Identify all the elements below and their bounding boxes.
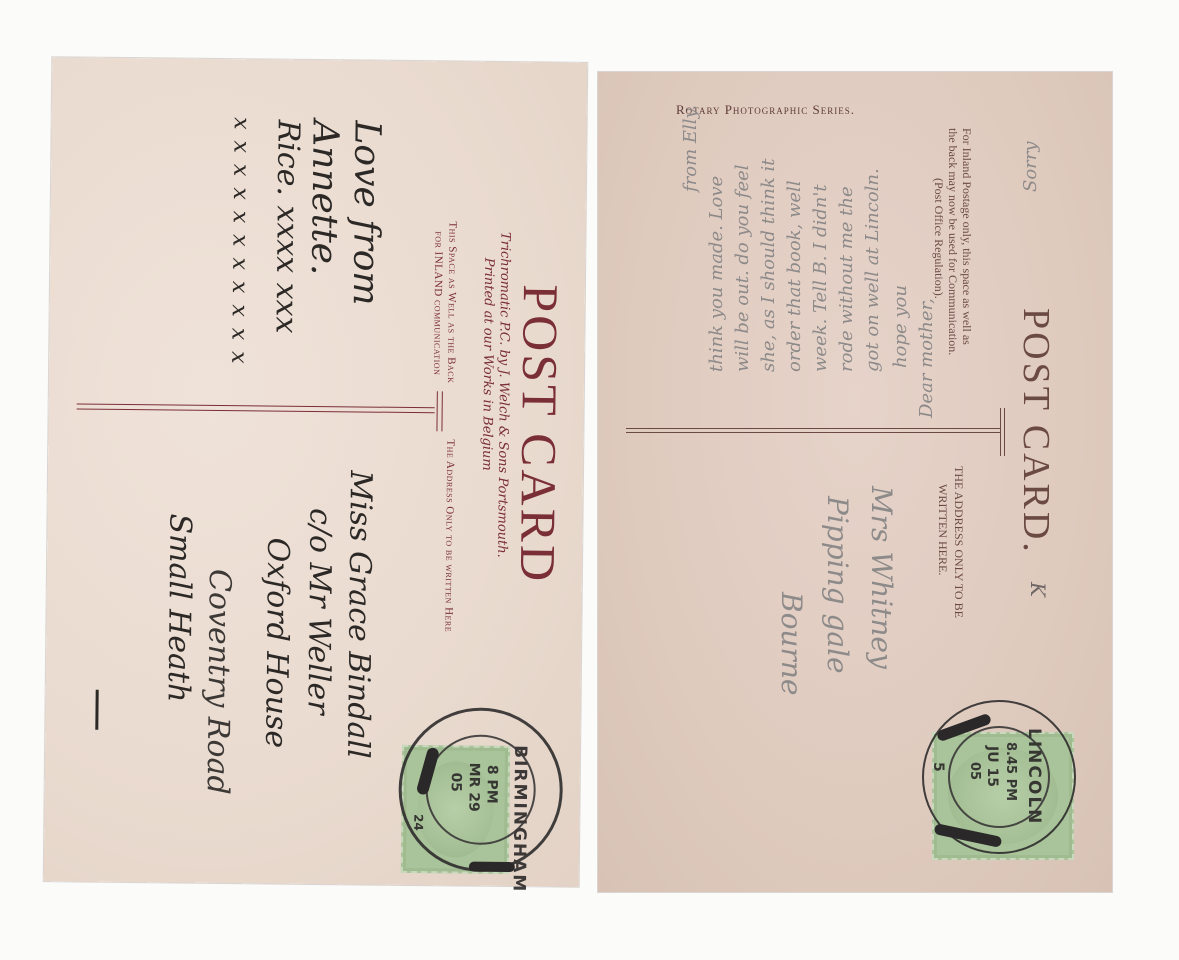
divider-tick	[441, 391, 442, 431]
postmark-year: 05	[448, 772, 464, 792]
address-line: Pipping gale	[821, 496, 854, 674]
message-line: week. Tell B. I didn't	[810, 184, 831, 372]
address-line: Mrs Whitney	[865, 486, 898, 669]
notice-line-3: (Post Office Regulation).	[931, 178, 946, 299]
margin-note: Sorry	[1020, 141, 1041, 192]
message-line: got on well at Lincoln.	[862, 168, 883, 372]
divider-line	[626, 428, 1000, 429]
message-line: she, as I should think it	[758, 158, 779, 372]
message-line: hope you	[890, 285, 911, 368]
notice-line-2: the back may now be used for Communicati…	[945, 128, 960, 355]
message-space-line-2: for INLAND communication	[431, 231, 445, 375]
message-line: rode without me the	[836, 186, 857, 372]
address-notice-line-1: THE ADDRESS ONLY TO BE	[951, 466, 966, 618]
address-line: Oxford House	[258, 537, 295, 748]
address-line: Small Heath	[161, 513, 198, 702]
message-line: think you made. Love	[706, 176, 727, 372]
postmark-time: 8.45 PM	[1003, 742, 1018, 801]
message-space-line-1: This Space as Well as the Back	[445, 221, 459, 383]
address-line: Bourne	[775, 592, 808, 695]
message-line: from Elly.	[680, 105, 701, 192]
message-line: Annette.	[303, 120, 346, 276]
post-card-title: POST CARD	[509, 284, 570, 584]
message-line: x x x x x x x x x x x	[226, 117, 254, 366]
publisher-line-2: Printed at our Works in Belgium	[479, 258, 496, 471]
notice-line-1: For Inland Postage only, this space as w…	[959, 128, 974, 345]
postmark-time: 8 PM	[484, 765, 500, 804]
divider-tick	[1000, 408, 1001, 456]
post-card-title: POST CARD.	[1014, 308, 1058, 555]
message-line: will be out. do you feel	[732, 164, 753, 372]
cancel-bar	[469, 862, 515, 872]
divider-tick	[1004, 408, 1005, 456]
series-heading: Rotary Photographic Series.	[676, 102, 855, 118]
address-line: Miss Grace Bindall	[340, 470, 378, 759]
postmark-date: MR 29	[465, 763, 482, 812]
postmark-date: JU 15	[984, 746, 1000, 787]
postmark-code: 24	[411, 814, 425, 831]
postmark-year: 05	[967, 762, 982, 780]
message-line: Love from	[345, 120, 388, 305]
postcard-left: POST CARD Trichromatic P.C. by J. Welch …	[44, 57, 588, 887]
message-line: Dear mother,	[916, 298, 937, 418]
divider-line	[77, 408, 435, 413]
postmark-town: LINCOLN	[1024, 728, 1044, 825]
underline-mark	[95, 690, 98, 730]
divider-tick	[436, 391, 437, 431]
address-notice-line-2: WRITTEN HERE.	[935, 484, 950, 575]
message-line: order that book, well	[784, 180, 805, 372]
divider-line	[626, 432, 1000, 433]
address-line: Coventry Road	[200, 569, 237, 795]
postmark-code: 5	[930, 762, 946, 772]
divider-line	[77, 403, 435, 408]
message-line: Rice. xxxx xxx	[268, 120, 305, 334]
address-notice: The Address Only to be written Here	[442, 439, 456, 632]
postcard-right: Rotary Photographic Series. POST CARD. F…	[598, 72, 1112, 892]
address-line: c/o Mr Weller	[300, 508, 337, 715]
corner-note: K	[1026, 582, 1050, 597]
